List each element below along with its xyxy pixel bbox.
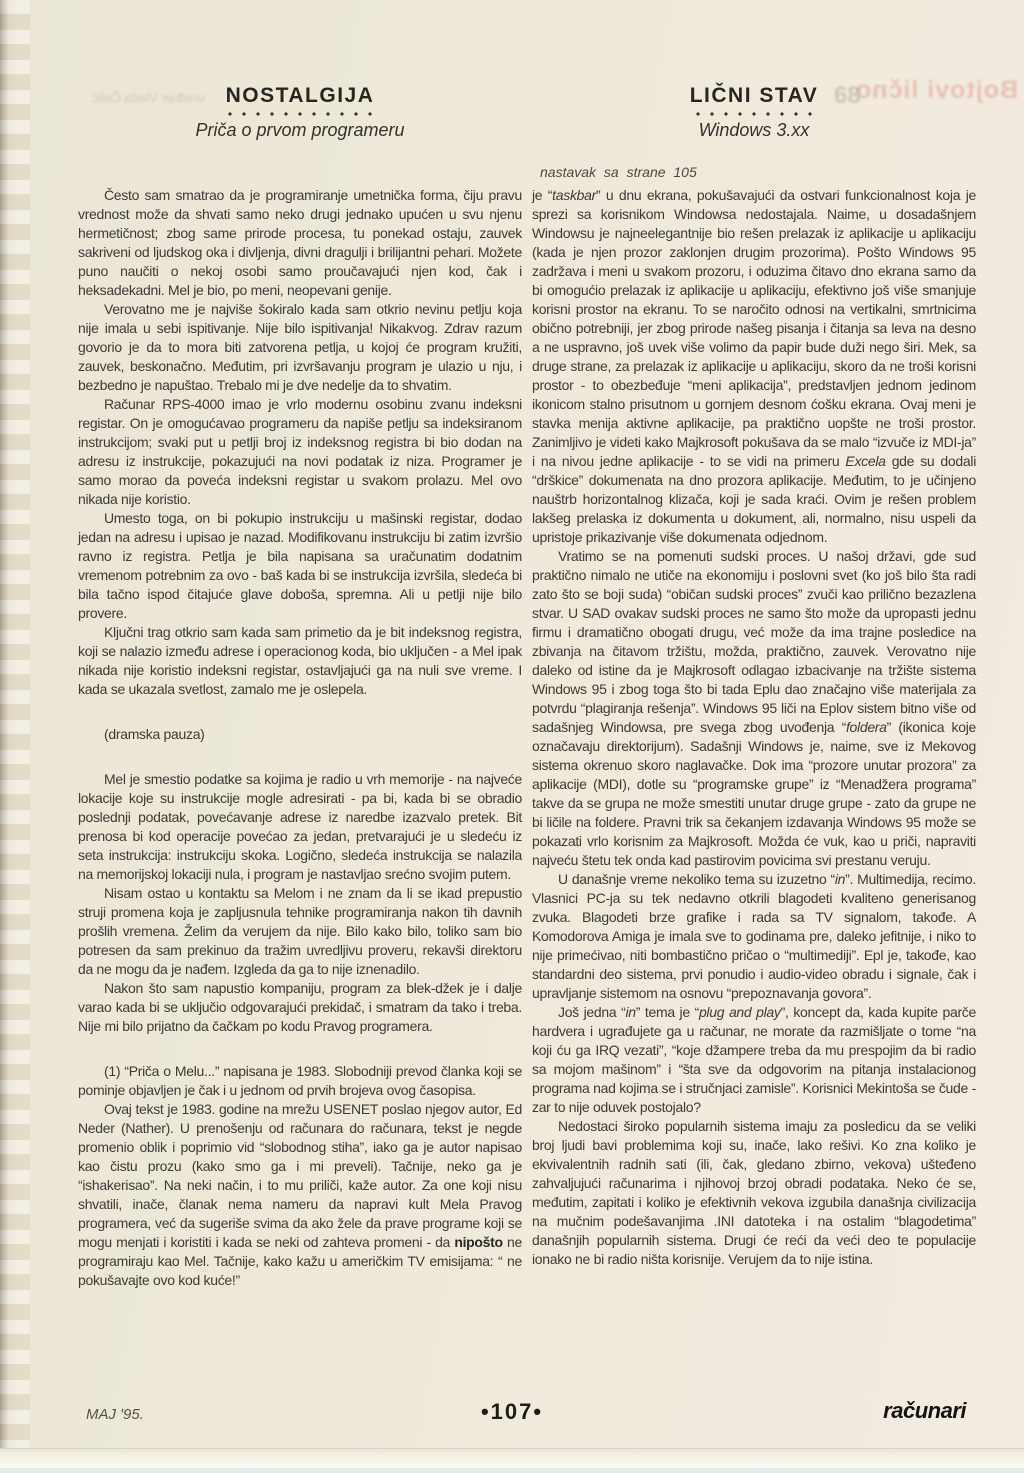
body-text: ”, koncept da, kada kupite parče hardver… [532,1004,976,1115]
paragraph: Verovatno me je najviše šokiralo kada sa… [78,300,522,395]
paragraph: (dramska pauza) [78,725,522,744]
paragraph: Često sam smatrao da je programiranje um… [78,186,522,300]
italic-text: in [625,1004,635,1020]
body-text: Nisam ostao u kontaktu sa Melom i ne zna… [78,885,522,977]
body-text: ”. Multimedija, recimo. Vlasnici PC-ja s… [532,871,976,1001]
paragraph: Ovaj tekst je 1983. godine na mrežu USEN… [78,1100,522,1290]
paragraph: je “taskbar” u dnu ekrana, pokušavajući … [532,186,976,547]
body-text: Računar RPS-4000 imao je vrlo modernu os… [78,396,522,507]
footer-page-number: •107• [0,1399,1024,1425]
paragraph: Nedostaci široko popularnih sistema imaj… [532,1117,976,1269]
scan-bottom-edge [0,1448,1024,1473]
paragraph: Umesto toga, on bi pokupio instrukciju u… [78,509,522,623]
body-text: Nedostaci široko popularnih sistema imaj… [532,1118,976,1267]
body-text: Ovaj tekst je 1983. godine na mrežu USEN… [78,1101,522,1250]
italic-text: plug and play [699,1004,781,1020]
body-text: Vratimo se na pomenuti sudski proces. U … [532,548,976,735]
italic-text: taskbar [552,187,596,203]
right-section-header: LIČNI STAV Windows 3.xx [532,84,976,141]
emphasized-text: nipošto [454,1234,502,1250]
paragraph: Nisam ostao u kontaktu sa Melom i ne zna… [78,884,522,979]
article-column-left: Često sam smatrao da je programiranje um… [78,186,522,1372]
paragraph: Mel je smestio podatke sa kojima je radi… [78,770,522,884]
italic-text: Excela [845,453,885,469]
italic-text: in [835,871,845,887]
body-text: Često sam smatrao da je programiranje um… [78,187,522,298]
body-text: ” tema je “ [636,1004,699,1020]
body-text: Umesto toga, on bi pokupio instrukciju u… [78,510,522,621]
paragraph: U današnje vreme nekoliko tema su izuzet… [532,870,976,1003]
magazine-logo: računari [883,1398,966,1424]
dotted-rule [226,111,374,117]
section-title-nostalgija: NOSTALGIJA [78,84,522,108]
left-section-header: NOSTALGIJA Priča o prvom programeru [78,84,522,141]
body-text: (1) “Priča o Melu...” napisana je 1983. … [78,1063,522,1098]
section-subtitle-right: Windows 3.xx [532,120,976,141]
paragraph: Računar RPS-4000 imao je vrlo modernu os… [78,395,522,509]
body-text: Verovatno me je najviše šokiralo kada sa… [78,301,522,393]
body-text: U današnje vreme nekoliko tema su izuzet… [558,871,835,887]
body-text: je “ [532,187,552,203]
paragraph: (1) “Priča o Melu...” napisana je 1983. … [78,1062,522,1100]
body-text: ” (ikonica koje označavaju direktorijum)… [532,719,976,868]
body-text: ” u dnu ekrana, pokušavajući da ostvari … [532,187,976,469]
body-text: Mel je smestio podatke sa kojima je radi… [78,771,522,882]
scanned-magazine-page: { "page": { "left_header": { "title": "N… [0,0,1024,1473]
section-subtitle-left: Priča o prvom programeru [78,120,522,141]
body-text: Još jedna “ [558,1004,625,1020]
body-text: Nakon što sam napustio kompaniju, progra… [78,980,522,1034]
paragraph: Ključni trag otkrio sam kada sam primeti… [78,623,522,699]
dotted-rule [691,111,817,117]
italic-text: foldera [846,719,887,735]
body-text: (dramska pauza) [104,726,205,742]
paragraph: Vratimo se na pomenuti sudski proces. U … [532,547,976,870]
continuation-note: nastavak sa strane 105 [540,164,697,180]
paragraph: Nakon što sam napustio kompaniju, progra… [78,979,522,1036]
section-title-licni-stav: LIČNI STAV [532,84,976,108]
torn-paper-edge [0,0,30,1449]
paragraph: Još jedna “in” tema je “plug and play”, … [532,1003,976,1117]
body-text: Ključni trag otkrio sam kada sam primeti… [78,624,522,697]
article-column-right: je “taskbar” u dnu ekrana, pokušavajući … [532,186,976,1372]
